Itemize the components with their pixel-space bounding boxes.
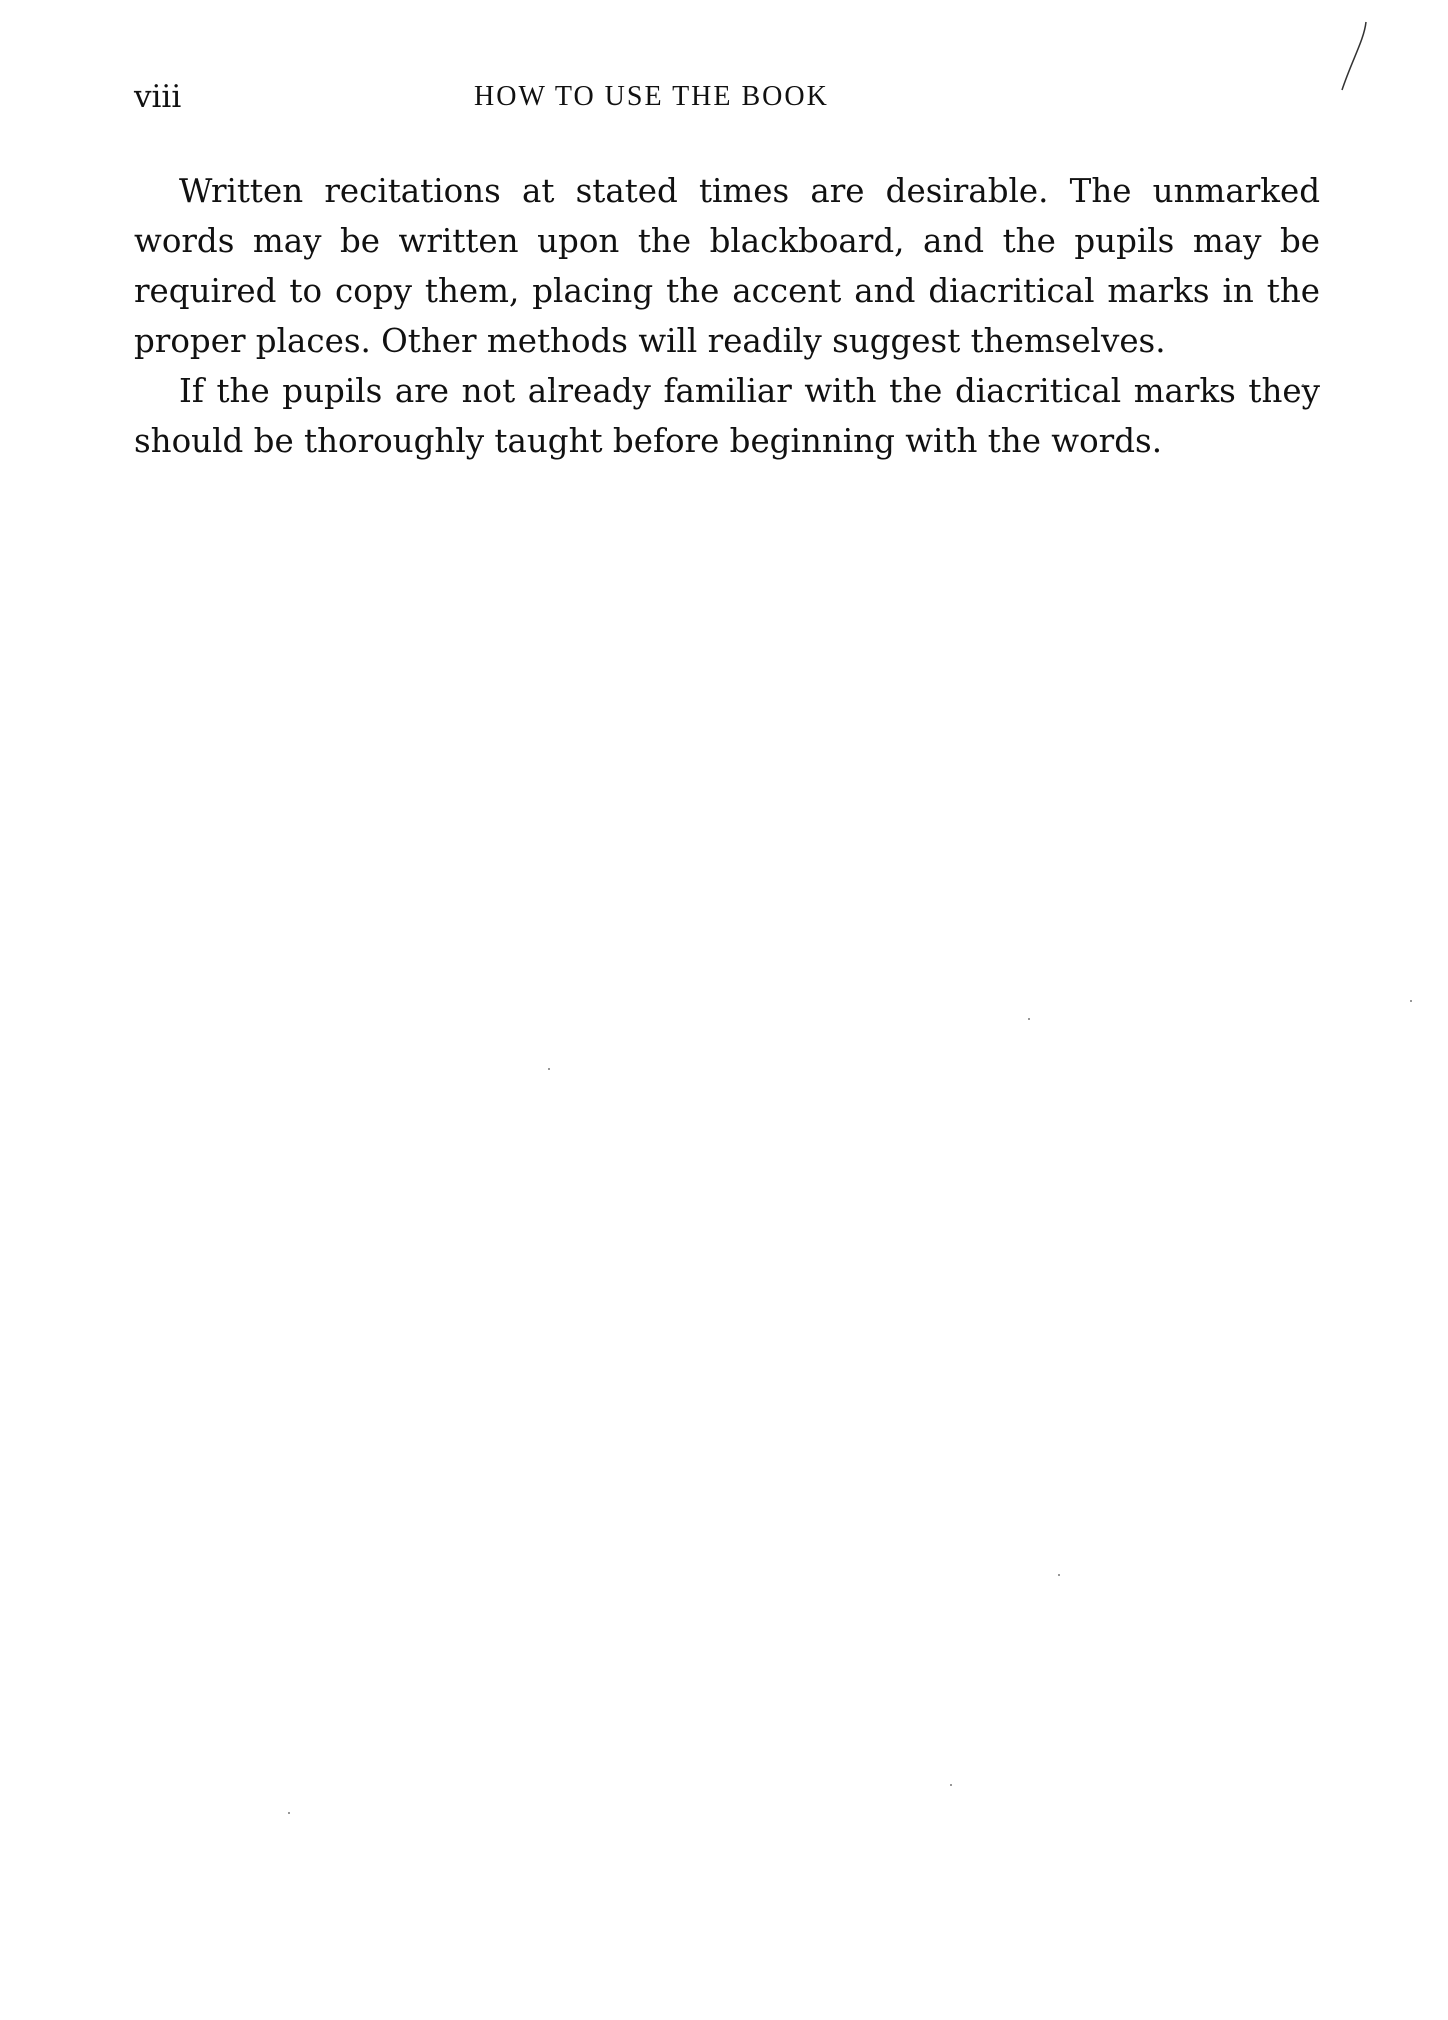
speck bbox=[288, 1812, 290, 1814]
paragraph-1: Written recitations at stated times are … bbox=[134, 166, 1320, 366]
speck bbox=[552, 388, 554, 390]
paragraph-2: If the pupils are not already familiar w… bbox=[134, 366, 1320, 466]
speck bbox=[1058, 1574, 1060, 1576]
speck bbox=[548, 1068, 550, 1070]
running-title: HOW TO USE THE BOOK bbox=[474, 72, 829, 122]
speck bbox=[1028, 1018, 1030, 1020]
speck bbox=[950, 1784, 952, 1786]
body-text: Written recitations at stated times are … bbox=[134, 166, 1320, 466]
pencil-mark-icon bbox=[1330, 20, 1370, 100]
book-page: viii HOW TO USE THE BOOK Written recitat… bbox=[0, 0, 1448, 2020]
speck bbox=[1410, 1000, 1412, 1002]
running-head: viii HOW TO USE THE BOOK bbox=[134, 72, 1334, 122]
speck bbox=[1302, 384, 1304, 386]
page-number: viii bbox=[134, 72, 181, 122]
